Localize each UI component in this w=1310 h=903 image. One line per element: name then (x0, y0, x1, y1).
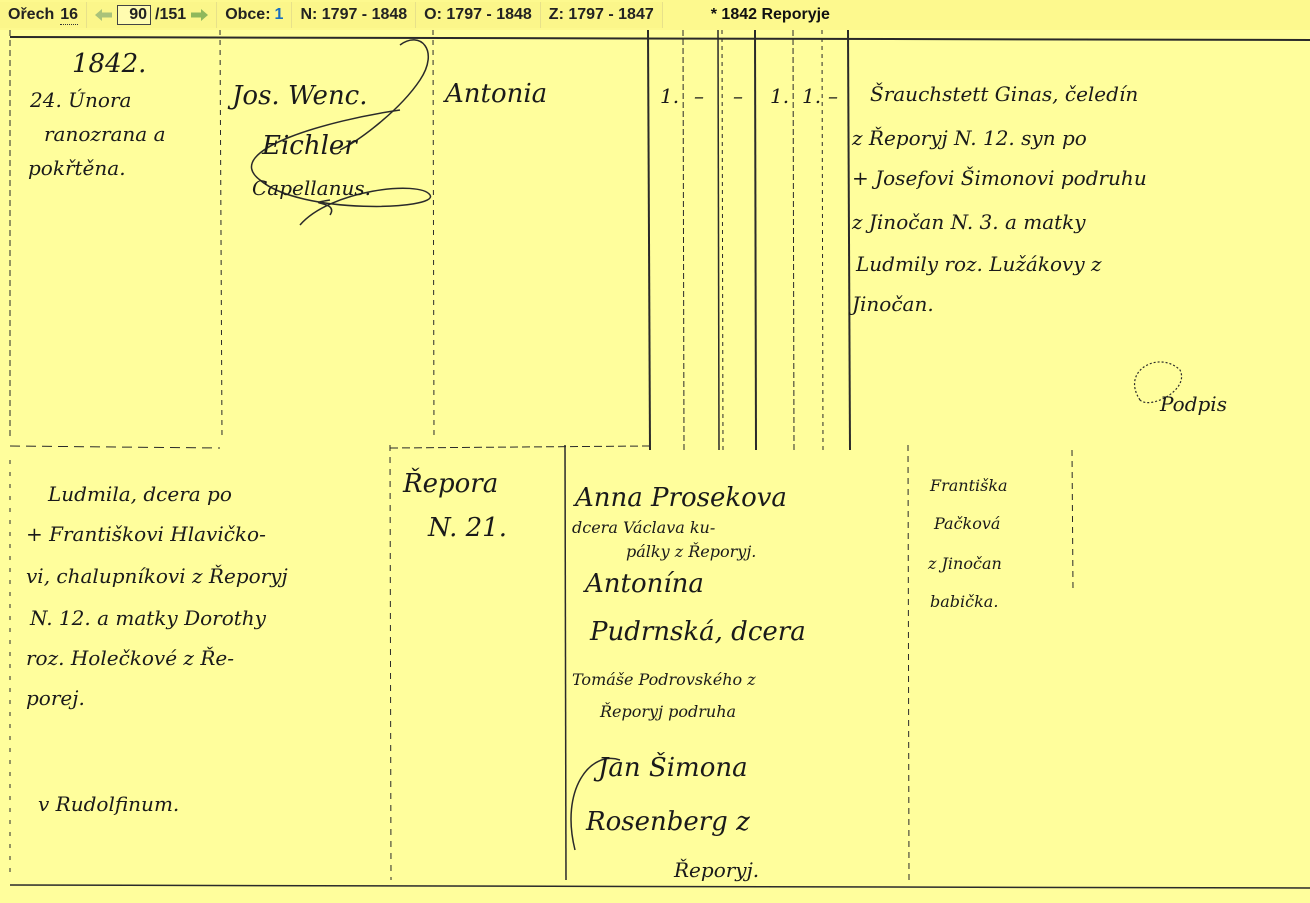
death-range: Z: 1797 - 1847 (549, 6, 654, 24)
mother-line-2: + Františkovi Hlavičko- (26, 522, 266, 547)
obce-label: Obce: (225, 6, 270, 24)
godparent-line-9: Rosenberg z (586, 806, 750, 839)
mother-line-3: vi, chalupníkovi z Řeporyj (26, 564, 288, 589)
toolbar: Ořech 16 /151 Obce: 1 N: 1797 - 1848 O: … (0, 0, 1310, 30)
father-line-3: + Josefovi Šimonovi podruhu (852, 166, 1147, 191)
godparent-line-10: Řeporyj. (674, 858, 759, 883)
godparent-line-5: Pudrnská, dcera (590, 616, 806, 649)
page-total: /151 (155, 6, 186, 24)
record-title: * 1842 Reporyje (711, 6, 830, 24)
father-line-2: z Řeporyj N. 12. syn po (852, 126, 1087, 151)
marriage-range: O: 1797 - 1848 (424, 6, 532, 24)
death-range-cell[interactable]: Z: 1797 - 1847 (541, 2, 663, 28)
date-time: ranozrana a (44, 122, 166, 147)
godparent-line-4: Antonína (585, 568, 704, 601)
tally-2: – (694, 84, 704, 109)
mother-line-1: Ludmila, dcera po (48, 482, 232, 507)
arrow-left-icon[interactable] (95, 9, 113, 21)
tally-1: 1. (660, 84, 679, 109)
birth-range: N: 1797 - 1848 (300, 6, 407, 24)
father-line-5: Ludmily roz. Lužákovy z (856, 252, 1102, 277)
midwife-line-1: Františka (930, 476, 1008, 496)
obce-count-link[interactable]: 1 (275, 6, 284, 24)
father-line-6: Jinočan. (852, 292, 934, 317)
godparent-line-1: Anna Prosekova (575, 482, 787, 515)
priest-title: Capellanus. (252, 176, 371, 201)
birth-range-cell[interactable]: N: 1797 - 1848 (292, 2, 416, 28)
arrow-right-icon[interactable] (190, 9, 208, 21)
father-line-1: Šrauchstett Ginas, čeledín (870, 82, 1138, 107)
father-line-4: z Jinočan N. 3. a matky (852, 210, 1086, 235)
mother-line-6: porej. (26, 686, 85, 711)
archive-number-link[interactable]: 16 (60, 6, 78, 25)
priest-name: Jos. Wenc. (232, 80, 368, 113)
godparent-line-7: Řeporyj podruha (600, 702, 736, 722)
tally-6: – (828, 84, 838, 109)
godparent-line-8: Jan Šimona (598, 752, 748, 785)
signature: Podpis (1160, 392, 1227, 417)
house-name: Řepora (403, 468, 498, 501)
midwife-line-3: z Jinočan (928, 554, 1002, 574)
child-name: Antonia (445, 78, 547, 111)
tally-3: – (733, 84, 743, 109)
archive-label: Ořech (8, 6, 54, 24)
marriage-range-cell[interactable]: O: 1797 - 1848 (416, 2, 541, 28)
page-number-input[interactable] (117, 5, 151, 25)
priest-surname: Eichler (262, 130, 357, 163)
midwife-line-2: Pačková (934, 514, 1000, 534)
record-title-cell: * 1842 Reporyje (663, 2, 838, 28)
mother-line-4: N. 12. a matky Dorothy (30, 606, 266, 631)
register-scan-image: 1842. 24. Února ranozrana a pokřtěna. Jo… (0, 30, 1310, 903)
godparent-line-3: pálky z Řeporyj. (626, 542, 756, 562)
tally-5: 1. (802, 84, 821, 109)
date-baptism: pokřtěna. (28, 156, 126, 181)
house-number: N. 21. (428, 512, 507, 545)
godparent-line-6: Tomáše Podrovského z (572, 670, 756, 690)
godparent-line-2: dcera Václava ku- (572, 518, 715, 538)
tally-4: 1. (770, 84, 789, 109)
date-day: 24. Února (30, 88, 131, 113)
archive-cell: Ořech 16 (0, 2, 87, 28)
mother-line-5: roz. Holečkové z Ře- (26, 646, 234, 671)
page-navigator: /151 (87, 2, 217, 28)
date-year: 1842. (72, 48, 146, 81)
birth-place-note: v Rudolfinum. (38, 792, 179, 817)
midwife-line-4: babička. (930, 592, 998, 612)
obce-cell: Obce: 1 (217, 2, 292, 28)
